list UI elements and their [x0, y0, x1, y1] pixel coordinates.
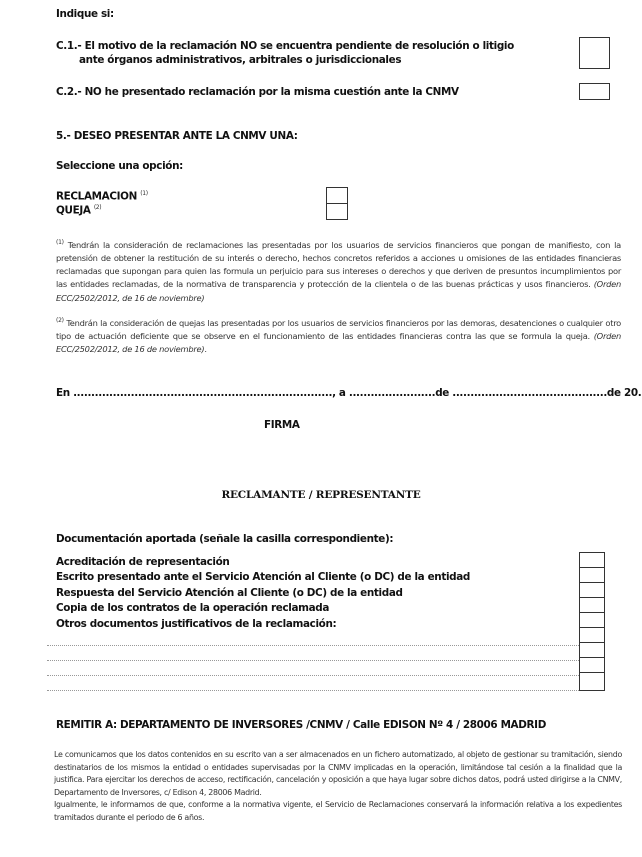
checkbox-doc-5[interactable] [579, 612, 605, 628]
checkbox-doc-6[interactable] [579, 627, 605, 643]
remit-address: REMITIR A: DEPARTAMENTO DE INVERSORES /C… [56, 719, 546, 731]
other-docs-line-1[interactable] [47, 645, 579, 646]
condition-c1-line2: ante órganos administrativos, arbitrales… [79, 54, 401, 66]
doc-item: Escrito presentado ante el Servicio Aten… [56, 570, 470, 585]
checkbox-queja[interactable] [326, 203, 348, 220]
checkbox-doc-4[interactable] [579, 597, 605, 613]
claimant-role: RECLAMANTE / REPRESENTANTE [0, 489, 642, 501]
footnote-2-text: Tendrán la consideración de quejas las p… [56, 318, 621, 341]
privacy-paragraph-2: Igualmente, le informamos de que, confor… [54, 799, 622, 824]
privacy-notice: Le comunicamos que los datos contenidos … [54, 749, 622, 825]
other-docs-line-3[interactable] [47, 675, 579, 676]
footnote-1-marker: (1) [56, 239, 64, 246]
checkbox-reclamacion[interactable] [326, 187, 348, 204]
option-queja-text: QUEJA [56, 204, 91, 216]
checkbox-doc-7[interactable] [579, 642, 605, 658]
documentation-list: Acreditación de representación Escrito p… [56, 555, 470, 632]
footnote-ref-2: (2) [94, 204, 101, 211]
doc-item: Respuesta del Servicio Atención al Clien… [56, 586, 470, 601]
place-date-line[interactable]: En .....................................… [56, 387, 642, 399]
doc-item: Otros documentos justificativos de la re… [56, 617, 470, 632]
footnote-ref-1: (1) [140, 190, 147, 197]
doc-item: Copia de los contratos de la operación r… [56, 601, 470, 616]
footnote-1: (1) Tendrán la consideración de reclamac… [56, 236, 621, 305]
privacy-paragraph-1: Le comunicamos que los datos contenidos … [54, 749, 622, 799]
checkbox-c1[interactable] [579, 37, 610, 69]
checkbox-doc-8[interactable] [579, 657, 605, 673]
condition-c2: C.2.- NO he presentado reclamación por l… [56, 86, 459, 98]
option-reclamacion-label: RECLAMACION (1) [56, 190, 148, 202]
condition-c1-line1: C.1.- El motivo de la reclamación NO se … [56, 40, 514, 52]
checkbox-c2[interactable] [579, 83, 610, 100]
other-docs-line-4[interactable] [47, 690, 579, 691]
option-reclamacion-text: RECLAMACION [56, 190, 137, 202]
checkbox-doc-9[interactable] [579, 672, 605, 691]
option-queja-label: QUEJA (2) [56, 204, 101, 216]
documentation-heading: Documentación aportada (señale la casill… [56, 533, 393, 545]
footnote-1-text: Tendrán la consideración de reclamacione… [56, 240, 621, 290]
footnote-2-tail: . [204, 344, 206, 354]
signature-label: FIRMA [264, 419, 300, 431]
section-5-heading: 5.- DESEO PRESENTAR ANTE LA CNMV UNA: [56, 130, 298, 142]
checkbox-doc-3[interactable] [579, 582, 605, 598]
checkbox-doc-1[interactable] [579, 552, 605, 568]
indique-heading: Indique si: [56, 8, 114, 20]
other-docs-line-2[interactable] [47, 660, 579, 661]
footnote-2: (2) Tendrán la consideración de quejas l… [56, 314, 621, 356]
doc-item: Acreditación de representación [56, 555, 470, 570]
select-option-label: Seleccione una opción: [56, 160, 183, 172]
footnote-2-marker: (2) [56, 317, 64, 324]
checkbox-doc-2[interactable] [579, 567, 605, 583]
